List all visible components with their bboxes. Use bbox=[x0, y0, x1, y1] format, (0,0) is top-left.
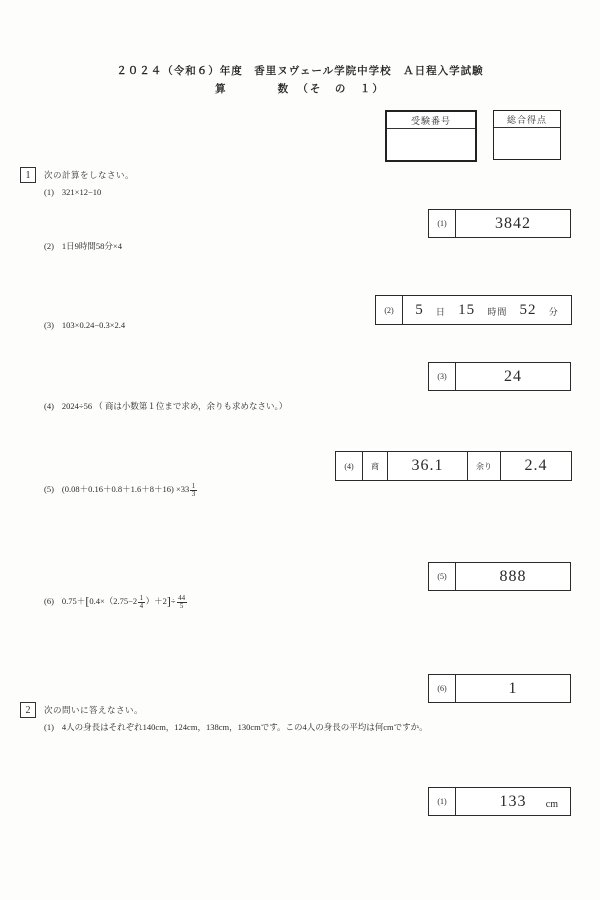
exam-number-blank bbox=[387, 129, 475, 159]
fraction-denominator: 4 bbox=[138, 603, 145, 610]
answer-box-1-2: (2) 5 日 15 時間 52 分 bbox=[375, 295, 572, 325]
answer-value: 1 bbox=[456, 675, 570, 702]
answer-label: (3) bbox=[429, 363, 456, 390]
question-text: (0.08＋0.16＋0.8＋1.6＋8＋16) ×3313 bbox=[62, 484, 198, 494]
question-label: (2) bbox=[44, 241, 54, 251]
question-text: 103×0.24−0.3×2.4 bbox=[62, 320, 125, 330]
question-text: 321×12−10 bbox=[62, 187, 101, 197]
answer-value: 133 cm bbox=[456, 788, 570, 815]
question-label: (1) bbox=[44, 187, 54, 197]
remainder-label: 余り bbox=[468, 452, 501, 480]
question-text: 4人の身長はそれぞれ140cm，124cm，138cm，130cmです。この4人… bbox=[62, 722, 428, 732]
question-label: (6) bbox=[44, 596, 54, 606]
exam-subject-title: 算 数 （そ の １） bbox=[0, 81, 600, 96]
question-label: (3) bbox=[44, 320, 54, 330]
quotient-value: 36.1 bbox=[388, 452, 468, 480]
question-label: (5) bbox=[44, 484, 54, 494]
total-score-box: 総合得点 bbox=[493, 110, 561, 160]
expression-part1: 0.75＋ bbox=[62, 596, 85, 606]
answer-days: 5 bbox=[415, 302, 424, 319]
answer-minutes: 52 bbox=[520, 302, 537, 319]
answer-value: 24 bbox=[456, 363, 570, 390]
total-score-blank bbox=[494, 128, 560, 158]
answer-label: (2) bbox=[376, 296, 403, 324]
answer-time-value: 5 日 15 時間 52 分 bbox=[403, 302, 571, 319]
question-2-1: (1)4人の身長はそれぞれ140cm，124cm，138cm，130cmです。こ… bbox=[44, 721, 428, 733]
fraction-denominator: 3 bbox=[190, 491, 197, 498]
remainder-value: 2.4 bbox=[501, 452, 571, 480]
answer-value: 5 日 15 時間 52 分 bbox=[403, 296, 571, 324]
answer-label: (1) bbox=[429, 210, 456, 237]
answer-box-2-1: (1) 133 cm bbox=[428, 787, 571, 816]
exam-number-box: 受験番号 bbox=[385, 110, 477, 162]
expression-prefix: (0.08＋0.16＋0.8＋1.6＋8＋16) ×33 bbox=[62, 484, 189, 494]
exam-title: ２０２４（令和６）年度 香里ヌヴェール学院中学校 Ａ日程入学試験 bbox=[0, 63, 600, 78]
answer-box-1-4: (4) 商 36.1 余り 2.4 bbox=[335, 451, 572, 481]
fraction: 13 bbox=[190, 483, 197, 499]
question-label: (1) bbox=[44, 722, 54, 732]
answer-box-1-5: (5) 888 bbox=[428, 562, 571, 591]
section-2-number: 2 bbox=[20, 702, 36, 718]
question-1-6: (6)0.75＋[0.4×（2.75−214）＋2]÷445 bbox=[44, 594, 188, 610]
total-score-label: 総合得点 bbox=[494, 111, 560, 128]
question-label: (4) bbox=[44, 401, 54, 411]
answer-unit: cm bbox=[546, 799, 558, 810]
answer-label: (4) bbox=[336, 452, 363, 480]
question-1-1: (1)321×12−10 bbox=[44, 187, 101, 197]
answer-label: (5) bbox=[429, 563, 456, 590]
question-text: 0.75＋[0.4×（2.75−214）＋2]÷445 bbox=[62, 596, 188, 606]
question-1-5: (5)(0.08＋0.16＋0.8＋1.6＋8＋16) ×3313 bbox=[44, 483, 198, 499]
fraction: 14 bbox=[138, 595, 145, 611]
fraction: 445 bbox=[177, 595, 187, 611]
question-1-2: (2)1日9時間58分×4 bbox=[44, 240, 122, 252]
section-1-instruction: 次の計算をしなさい。 bbox=[44, 169, 134, 181]
question-1-4: (4)2024÷56 （ 商は小数第１位まで求め，余りも求めなさい。） bbox=[44, 400, 287, 412]
question-text: 1日9時間58分×4 bbox=[62, 241, 122, 251]
answer-value: 888 bbox=[456, 563, 570, 590]
expression-part4: ÷ bbox=[171, 596, 176, 606]
expression-part2: 0.4×（2.75−2 bbox=[89, 596, 137, 606]
section-2-instruction: 次の問いに答えなさい。 bbox=[44, 704, 143, 716]
answer-label: (1) bbox=[429, 788, 456, 815]
quotient-label: 商 bbox=[363, 452, 388, 480]
fraction-denominator: 5 bbox=[177, 603, 187, 610]
answer-label: (6) bbox=[429, 675, 456, 702]
answer-hours: 15 bbox=[458, 302, 475, 319]
answer-number: 133 bbox=[500, 793, 527, 811]
answer-days-unit: 日 bbox=[436, 302, 446, 318]
expression-part3: ）＋2 bbox=[146, 596, 167, 606]
answer-hours-unit: 時間 bbox=[487, 302, 507, 318]
answer-box-1-3: (3) 24 bbox=[428, 362, 571, 391]
answer-value: 3842 bbox=[456, 210, 570, 237]
question-1-3: (3)103×0.24−0.3×2.4 bbox=[44, 320, 125, 330]
question-text: 2024÷56 （ 商は小数第１位まで求め，余りも求めなさい。） bbox=[62, 401, 287, 411]
exam-number-label: 受験番号 bbox=[387, 112, 475, 129]
answer-minutes-unit: 分 bbox=[549, 302, 559, 318]
answer-box-1-6: (6) 1 bbox=[428, 674, 571, 703]
section-1-number: 1 bbox=[20, 167, 36, 183]
answer-box-1-1: (1) 3842 bbox=[428, 209, 571, 238]
